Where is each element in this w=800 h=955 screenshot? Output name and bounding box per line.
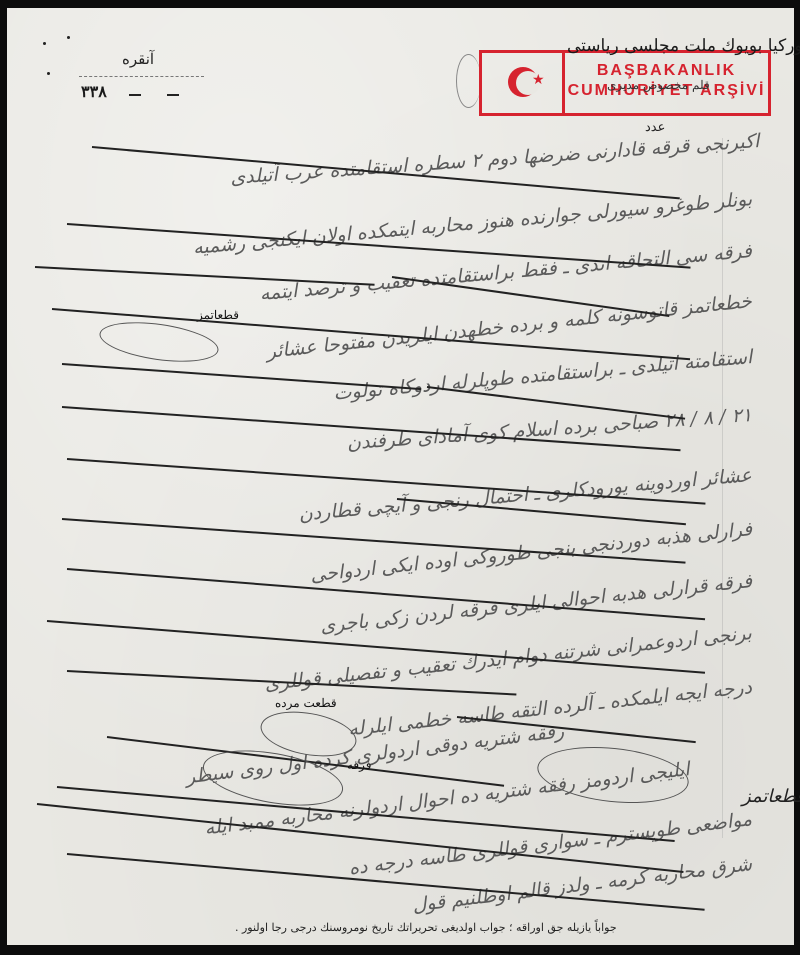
handwritten-line: استقامته اتيلدى ـ براستقامتده طوپلرله ار… [333, 346, 753, 405]
punch-dot [43, 42, 46, 45]
number-label: عدد [645, 120, 665, 135]
annotation-above-circle: قطعاتمز [197, 308, 239, 322]
handwritten-line: اكيرنجى قرقه قادارنى ضرضها دوم ٢ سطره اس… [229, 130, 759, 189]
document-page: آنقره ٣٣٨ ★ BAŞBAKANLIK CUMHURİYET ARŞİV… [7, 8, 794, 945]
annotation-small: فرقه [347, 758, 372, 772]
circled-phrase [535, 740, 692, 810]
handwritten-line: فرقه سى التحاقه اندى ـ فقط براستقامتده ت… [259, 240, 753, 305]
footer-instruction: جواباً يازيله جق اوراقه ؛ جواب اولديغى ت… [235, 921, 617, 934]
reference-number: ٣٣٨ [81, 82, 107, 101]
punch-dot [47, 72, 50, 75]
ruled-line [35, 266, 375, 286]
side-note: قطعاتمز [742, 786, 800, 807]
ref-dash [167, 94, 179, 96]
ruled-line [392, 276, 670, 317]
ruled-line [427, 386, 685, 420]
ruled-line [62, 363, 421, 390]
crescent-star-icon: ★ [482, 53, 565, 113]
punch-dot [67, 36, 70, 39]
annotation-above-circle: قطعت مرده [275, 696, 337, 710]
city-rule [79, 76, 204, 77]
letterhead-title: توركيا بويوك ملت مجلسى رياستى [567, 36, 800, 56]
letterhead-subtitle: قلم مخصوص مديرى [607, 78, 710, 92]
ref-dash [129, 94, 141, 96]
handwritten-line: فرقه قرارلى هدبه احوالى ايلرى فرقه لردن … [319, 570, 753, 637]
city-label: آنقره [122, 50, 154, 68]
circled-phrase [97, 316, 221, 368]
handwritten-line: عشائر اوردوينه يورودكلرى ـ احتمال رنجى و… [298, 464, 753, 526]
pencil-circle-mark [456, 54, 481, 108]
